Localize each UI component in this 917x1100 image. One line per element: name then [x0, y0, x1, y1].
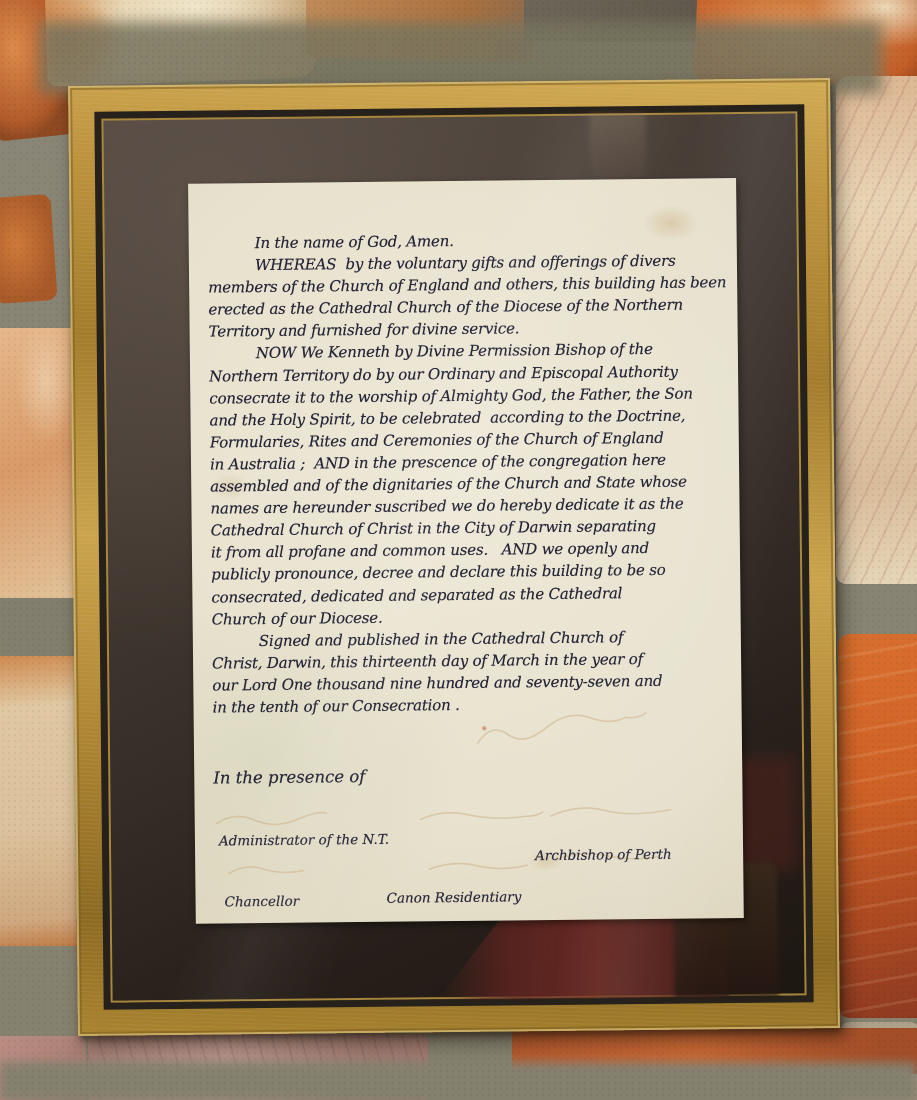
- picture-frame: In the name of God, Amen. WHEREAS by the…: [68, 78, 840, 1036]
- signature-label-chancellor: Chancellor: [225, 894, 300, 911]
- signature-stroke: [421, 812, 543, 820]
- faded-signatures: [188, 178, 744, 924]
- signature-label-archbishop: Archbishop of Perth: [535, 847, 672, 864]
- mat-board: In the name of God, Amen. WHEREAS by the…: [94, 104, 813, 1009]
- signature-stroke: [478, 713, 646, 743]
- signature-stroke: [229, 866, 303, 873]
- document-paper: In the name of God, Amen. WHEREAS by the…: [188, 178, 744, 924]
- signature-label-administrator: Administrator of the N.T.: [219, 832, 389, 850]
- signature-stroke: [429, 863, 527, 869]
- signature-stroke: [551, 807, 671, 816]
- signature-stroke: [217, 813, 327, 825]
- signature-label-canon: Canon Residentiary: [386, 889, 521, 906]
- stone-wall-photo: In the name of God, Amen. WHEREAS by the…: [0, 0, 917, 1100]
